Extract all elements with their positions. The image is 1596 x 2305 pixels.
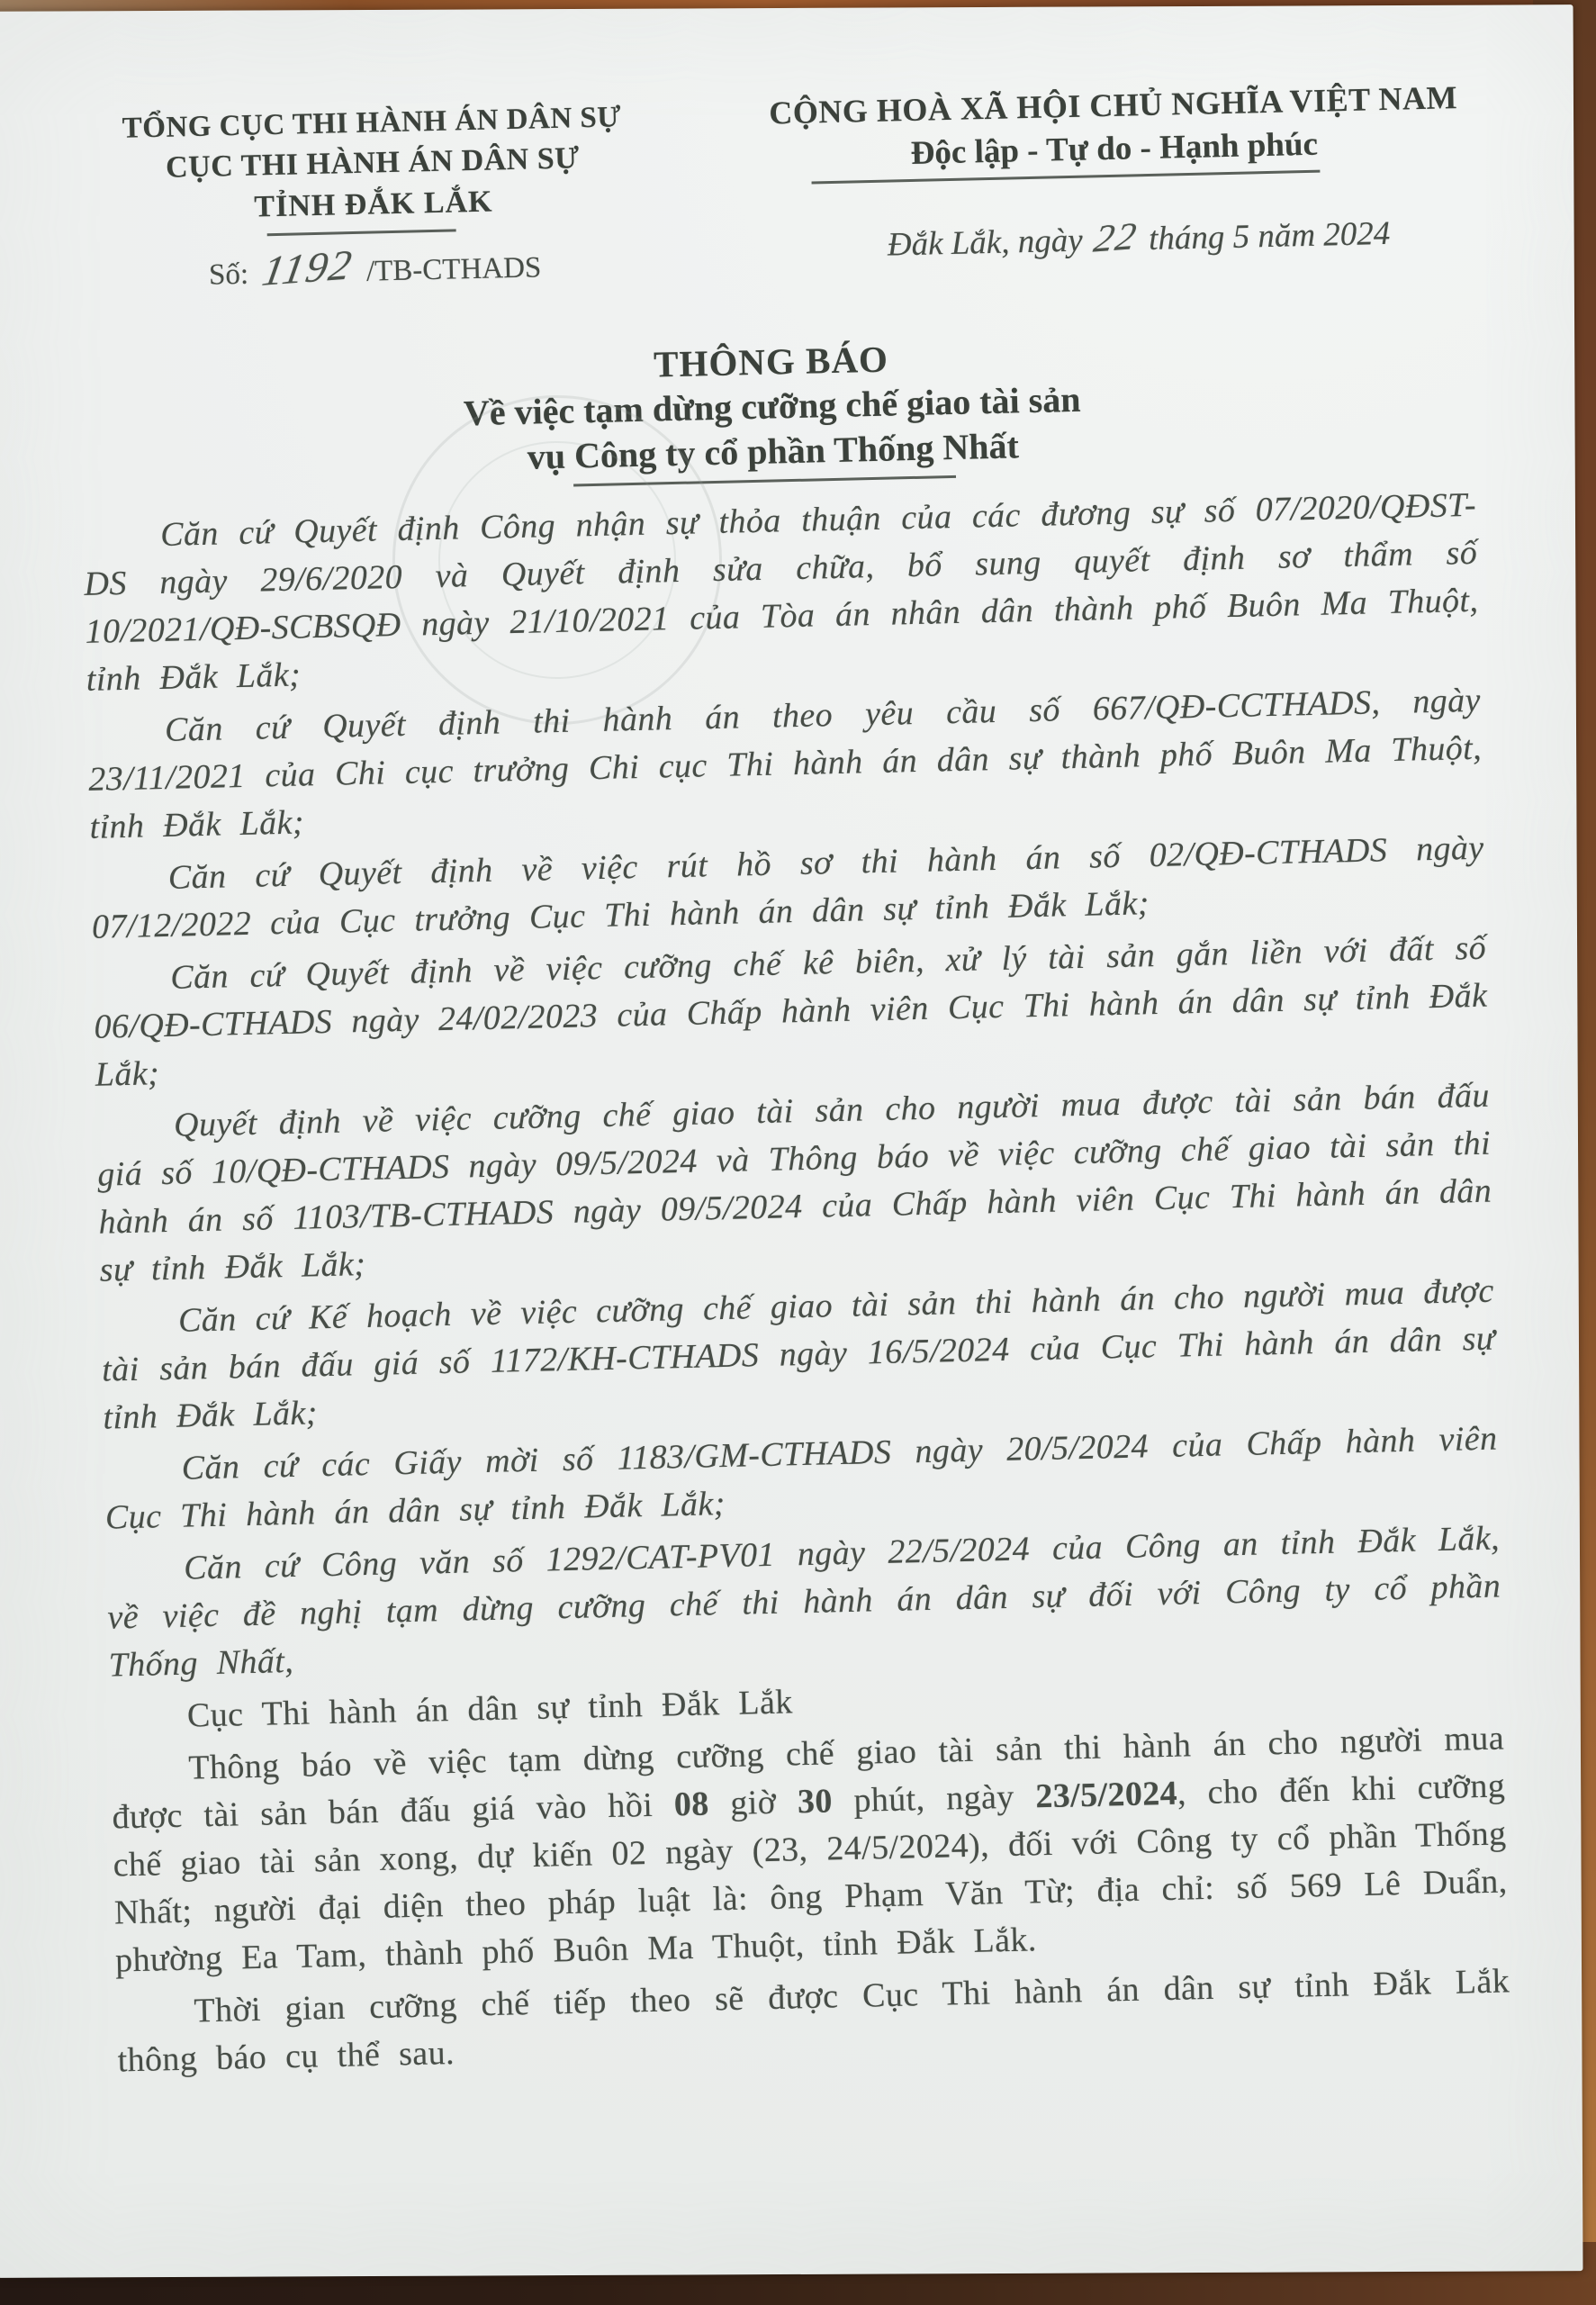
body-paragraph: Căn cứ Công văn số 1292/CAT-PV01 ngày 22… (106, 1515, 1502, 1690)
body-paragraph: Căn cứ Quyết định về việc cưỡng chế kê b… (93, 925, 1489, 1099)
date-suffix: tháng 5 năm 2024 (1149, 215, 1391, 258)
body-paragraph: Căn cứ Quyết định thi hành án theo yêu c… (87, 677, 1483, 852)
text-segment: Căn cứ Quyết định về việc cưỡng chế kê b… (94, 929, 1488, 1094)
body-paragraph: Căn cứ Kế hoạch về việc cưỡng chế giao t… (100, 1268, 1496, 1442)
text-segment: Căn cứ Công văn số 1292/CAT-PV01 ngày 22… (107, 1520, 1501, 1685)
document-number-handwritten: 1192 (260, 251, 355, 285)
header-national-motto: CỘNG HOÀ XÃ HỘI CHỦ NGHĨA VIỆT NAM Độc l… (712, 74, 1517, 268)
bold-text: 08 (673, 1785, 709, 1824)
body-paragraph: Thông báo về việc tạm dừng cưỡng chế gia… (111, 1714, 1510, 1984)
date-day-handwritten: 22 (1092, 223, 1140, 254)
text-segment: Căn cứ Kế hoạch về việc cưỡng chế giao t… (102, 1272, 1496, 1437)
bold-text: 23/5/2024 (1035, 1775, 1178, 1816)
document-body: Căn cứ Quyết định Công nhận sự thỏa thuậ… (83, 482, 1511, 2090)
body-paragraph: Căn cứ Quyết định Công nhận sự thỏa thuậ… (83, 482, 1480, 704)
text-segment: Căn cứ Quyết định Công nhận sự thỏa thuậ… (84, 486, 1479, 699)
text-segment: giờ (708, 1783, 798, 1822)
text-segment: Quyết định về việc cưỡng chế giao tài sả… (97, 1077, 1492, 1289)
document-title: THÔNG BÁO Về việc tạm dừng cưỡng chế gia… (0, 321, 1566, 501)
place-date-line: Đắk Lắk, ngày 22 tháng 5 năm 2024 (738, 211, 1540, 267)
bold-text: 30 (797, 1782, 833, 1821)
document-content: TỔNG CỤC THI HÀNH ÁN DÂN SỰ CỤC THI HÀNH… (0, 0, 1596, 2291)
document-number-line: Số: 1192 /TB-CTHADS (46, 246, 704, 296)
text-segment: phút, ngày (832, 1777, 1036, 1820)
text-segment: Căn cứ Quyết định thi hành án theo yêu c… (88, 682, 1483, 846)
body-paragraph: Quyết định về việc cưỡng chế giao tài sả… (96, 1072, 1493, 1295)
document-number-label: Số: (209, 258, 249, 292)
header-left-underline (267, 229, 456, 236)
header-issuing-org: TỔNG CỤC THI HÀNH ÁN DÂN SỰ CỤC THI HÀNH… (43, 95, 704, 296)
text-segment: Cục Thi hành án dân sự tỉnh Đắk Lắk (187, 1683, 794, 1734)
document-number-suffix: /TB-CTHADS (366, 251, 542, 287)
document-page: TỔNG CỤC THI HÀNH ÁN DÂN SỰ CỤC THI HÀNH… (0, 5, 1582, 2278)
date-prefix: Đắk Lắk, ngày (887, 222, 1083, 264)
